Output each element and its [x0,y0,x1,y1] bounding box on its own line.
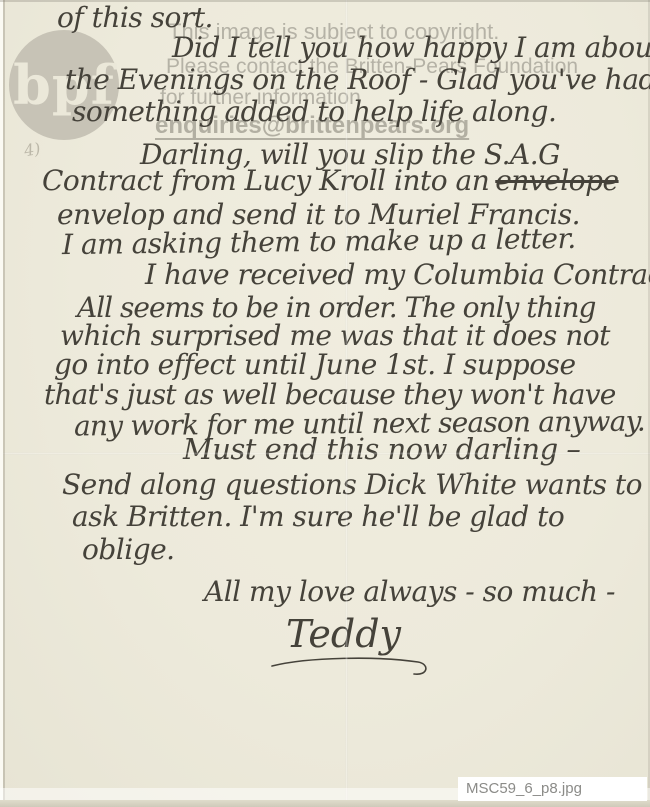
filename-label: MSC59_6_p8.jpg [458,777,647,801]
handwriting-line: ask Britten. I'm sure he'll be glad to [72,502,564,533]
handwriting-line: Send along questions Dick White wants to [62,470,642,501]
scan-edge-left-line [3,0,5,807]
scan-edge-bottom [0,800,650,807]
handwriting-line: the Evenings on the Roof - Glad you've h… [65,65,650,96]
handwriting-text: Contract from Lucy Kroll into an [42,164,489,197]
struck-word: envelope [495,164,618,197]
handwriting-line: go into effect until June 1st. I suppose [54,350,576,381]
handwriting-line: Did I tell you how happy I am about [172,33,650,64]
fold-crease-vertical [345,0,348,807]
handwriting-line: Contract from Lucy Kroll into anenvelope [42,166,619,197]
signature-underline [268,652,438,692]
handwriting-line: something added to help life along. [72,97,556,128]
handwriting-line: I have received my Columbia Contract. [145,260,650,291]
margin-note: 4) [22,139,41,161]
handwriting-line: of this sort. [57,3,213,34]
handwriting-line: All my love always - so much - [204,577,615,608]
handwriting-line: Must end this now darling – [183,434,580,466]
scanned-letter-page: bpf This image is subject to copyright. … [0,0,650,807]
scan-edge-top [0,0,650,2]
handwriting-line: I am asking them to make up a letter. [62,224,576,261]
fold-crease-horizontal [0,452,650,455]
handwriting-line: oblige. [82,535,175,566]
signature-teddy: Teddy [286,612,401,656]
